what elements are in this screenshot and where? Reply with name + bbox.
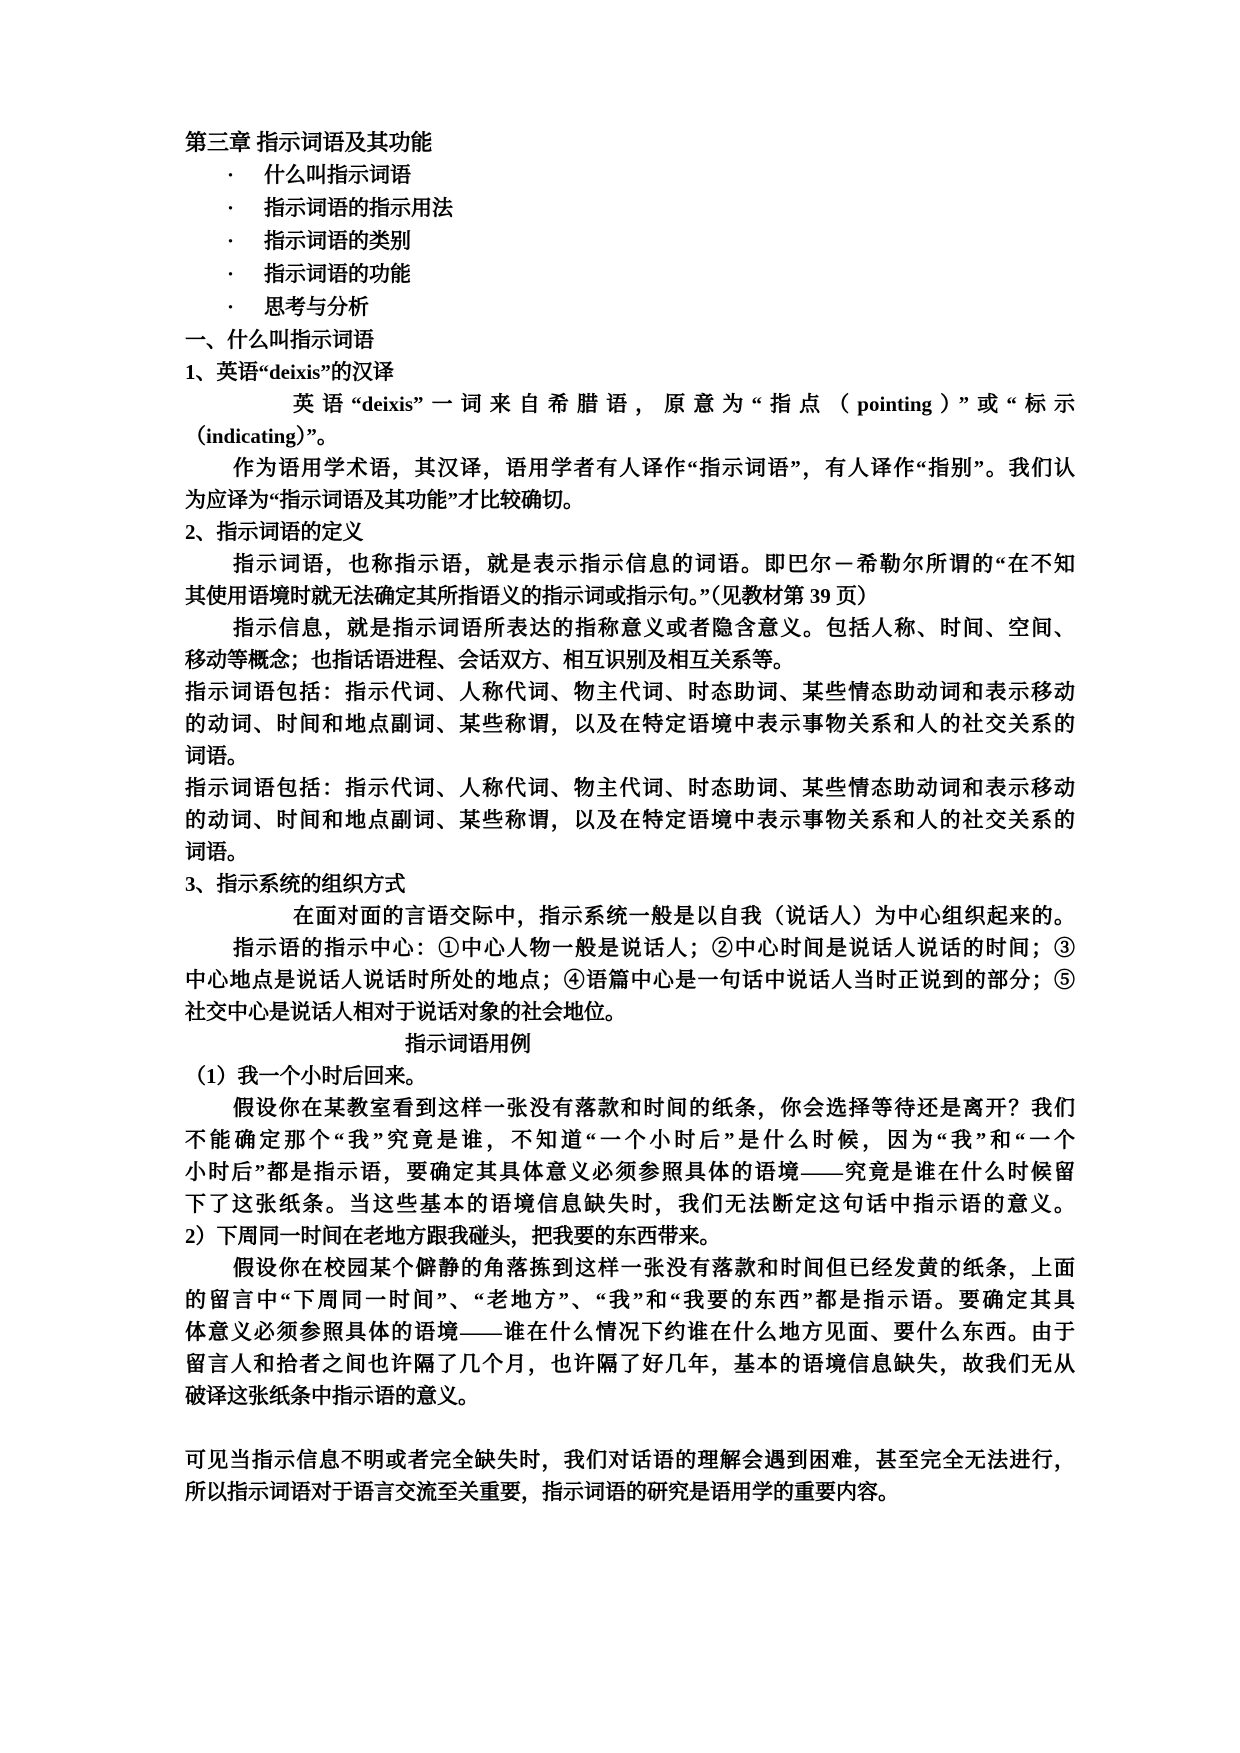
doc-line: 在面对面的言语交际中，指示系统一般是以自我（说话人）为中心组织起来的。 — [185, 900, 1075, 932]
doc-line: 作为语用学术语，其汉译，语用学者有人译作“指示词语”，有人译作“指别”。我们认 — [185, 452, 1075, 484]
doc-line: 体意义必须参照具体的语境——谁在什么情况下约谁在什么地方见面、要什么东西。由于 — [185, 1316, 1075, 1348]
doc-line: 假设你在校园某个僻静的角落拣到这样一张没有落款和时间但已经发黄的纸条，上面 — [185, 1252, 1075, 1284]
toc-item-label: 思考与分析 — [264, 295, 369, 319]
sub-heading: 1、英语“deixis”的汉译 — [185, 356, 1075, 388]
toc-item-label: 指示词语的功能 — [264, 262, 411, 286]
bullet-icon: · — [227, 192, 264, 225]
doc-line: 词语。 — [185, 740, 1075, 772]
doc-line: 为应译为“指示词语及其功能”才比较确切。 — [185, 484, 1075, 516]
doc-line: 移动等概念；也指话语进程、会话双方、相互识别及相互关系等。 — [185, 644, 1075, 676]
section-heading: 一、什么叫指示词语 — [185, 324, 1075, 356]
doc-line: 社交中心是说话人相对于说话对象的社会地位。 — [185, 996, 1075, 1028]
doc-line: 下了这张纸条。当这些基本的语境信息缺失时，我们无法断定这句话中指示语的意义。 — [185, 1188, 1075, 1220]
doc-line: 中心地点是说话人说话时所处的地点；④语篇中心是一句话中说话人当时正说到的部分；⑤ — [185, 964, 1075, 996]
doc-line: 留言人和拾者之间也许隔了几个月，也许隔了好几年，基本的语境信息缺失，故我们无从 — [185, 1348, 1075, 1380]
doc-line: 其使用语境时就无法确定其所指语义的指示词或指示句。”（见教材第 39 页） — [185, 580, 1075, 612]
doc-line: 不能确定那个“我”究竟是谁，不知道“一个小时后”是什么时候，因为“我”和“一个 — [185, 1124, 1075, 1156]
doc-line: （indicating）”。 — [185, 420, 1075, 452]
doc-line: 指示信息，就是指示词语所表达的指称意义或者隐含意义。包括人称、时间、空间、 — [185, 612, 1075, 644]
chapter-title: 第三章 指示词语及其功能 — [185, 126, 1075, 159]
doc-line: 的留言中“下周同一时间”、“老地方”、“我”和“我要的东西”都是指示语。要确定其… — [185, 1284, 1075, 1316]
toc-item: ·思考与分析 — [185, 291, 1075, 324]
sub-heading: 3、指示系统的组织方式 — [185, 868, 1075, 900]
toc-item: ·指示词语的类别 — [185, 225, 1075, 258]
toc-item: ·什么叫指示词语 — [185, 159, 1075, 192]
doc-line: 假设你在某教室看到这样一张没有落款和时间的纸条，你会选择等待还是离开？我们 — [185, 1092, 1075, 1124]
toc-item-label: 指示词语的类别 — [264, 229, 411, 253]
example-line: 2）下周同一时间在老地方跟我碰头，把我要的东西带来。 — [185, 1220, 1075, 1252]
doc-line: 小时后”都是指示语，要确定其具体意义必须参照具体的语境——究竟是谁在什么时候留 — [185, 1156, 1075, 1188]
blank-line — [185, 1412, 1075, 1444]
document-page: 第三章 指示词语及其功能 ·什么叫指示词语 ·指示词语的指示用法 ·指示词语的类… — [0, 0, 1240, 1753]
doc-line: 的动词、时间和地点副词、某些称谓，以及在特定语境中表示事物关系和人的社交关系的 — [185, 804, 1075, 836]
doc-line: 指示词语，也称指示语，就是表示指示信息的词语。即巴尔－希勒尔所谓的“在不知 — [185, 548, 1075, 580]
example-heading: 指示词语用例 — [185, 1028, 1075, 1060]
bullet-icon: · — [227, 159, 264, 192]
toc-item-label: 指示词语的指示用法 — [264, 196, 453, 220]
doc-line: 指示词语包括：指示代词、人称代词、物主代词、时态助词、某些情态助动词和表示移动 — [185, 772, 1075, 804]
doc-line: 破译这张纸条中指示语的意义。 — [185, 1380, 1075, 1412]
doc-line: 可见当指示信息不明或者完全缺失时，我们对话语的理解会遇到困难，甚至完全无法进行， — [185, 1444, 1075, 1476]
doc-line: 词语。 — [185, 836, 1075, 868]
doc-line: 指示词语包括：指示代词、人称代词、物主代词、时态助词、某些情态助动词和表示移动 — [185, 676, 1075, 708]
toc-item-label: 什么叫指示词语 — [264, 163, 411, 187]
toc-item: ·指示词语的功能 — [185, 258, 1075, 291]
bullet-icon: · — [227, 225, 264, 258]
doc-line: 指示语的指示中心：①中心人物一般是说话人；②中心时间是说话人说话的时间；③ — [185, 932, 1075, 964]
doc-line: 英语“deixis”一词来自希腊语，原意为“指点（pointing）”或“标示 — [185, 388, 1075, 420]
bullet-icon: · — [227, 258, 264, 291]
example-line: （1）我一个小时后回来。 — [185, 1060, 1075, 1092]
toc-item: ·指示词语的指示用法 — [185, 192, 1075, 225]
sub-heading: 2、指示词语的定义 — [185, 516, 1075, 548]
doc-line: 的动词、时间和地点副词、某些称谓，以及在特定语境中表示事物关系和人的社交关系的 — [185, 708, 1075, 740]
doc-line: 所以指示词语对于语言交流至关重要，指示词语的研究是语用学的重要内容。 — [185, 1476, 1075, 1508]
bullet-icon: · — [227, 291, 264, 324]
